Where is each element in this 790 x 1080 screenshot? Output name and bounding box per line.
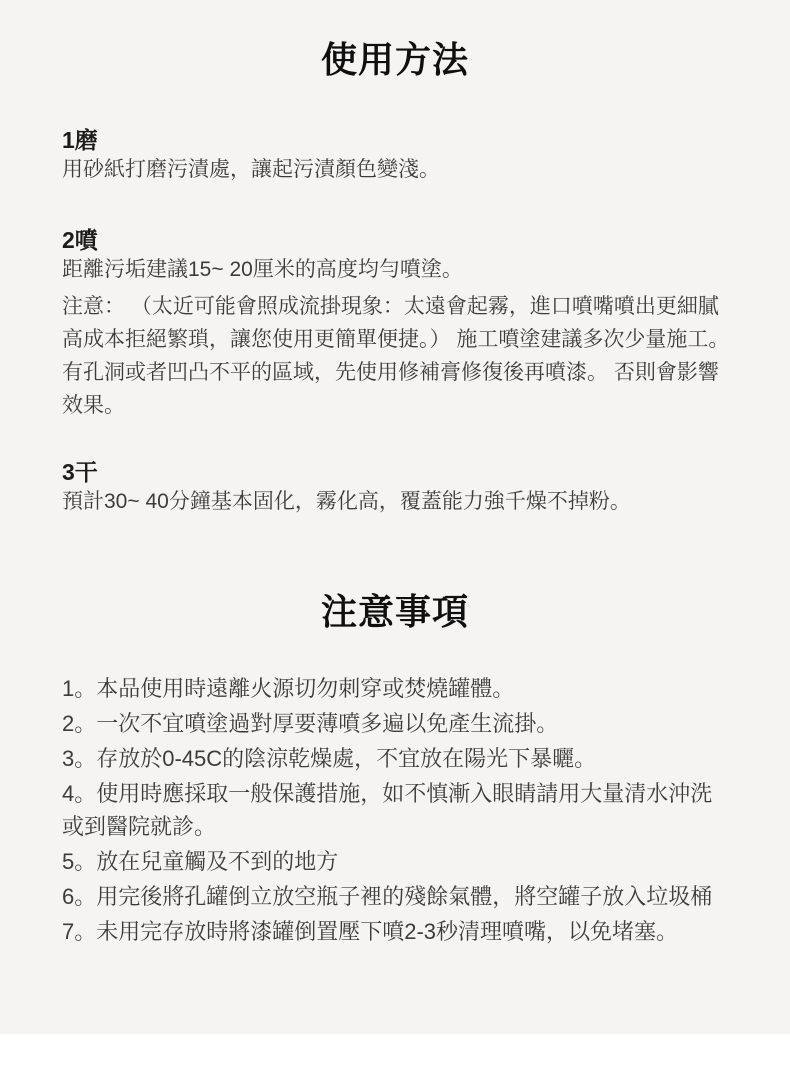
step-grind-section: 1磨 用砂紙打磨污漬處，讓起污漬顏色變淺。 xyxy=(0,126,790,186)
precaution-item-1: 1。本品使用時遠離火源切勿刺穿或焚燒罐體。 xyxy=(62,672,732,705)
step-spray-note: 注意： （太近可能會照成流掛現象：太遠會起霧，進口噴嘴噴出更細膩高成本拒絕繁瑣，… xyxy=(62,290,735,422)
precaution-item-5: 5。放在兒童觸及不到的地方 xyxy=(62,845,732,878)
instruction-page: 使用方法 1磨 用砂紙打磨污漬處，讓起污漬顏色變淺。 2噴 距離污垢建議15~ … xyxy=(0,0,790,1080)
precaution-item-2: 2。一次不宜噴塗過對厚要薄噴多遍以免產生流掛。 xyxy=(62,707,732,740)
bottom-white-strip xyxy=(0,1034,790,1080)
step-spray-section: 2噴 距離污垢建議15~ 20厘米的高度均勻噴塗。 注意： （太近可能會照成流掛… xyxy=(0,226,790,422)
precaution-item-3: 3。存放於0-45C的陰涼乾燥處，不宜放在陽光下暴曬。 xyxy=(62,742,732,775)
step-grind-body: 用砂紙打磨污漬處，讓起污漬顏色變淺。 xyxy=(62,154,735,186)
step-dry-heading: 3干 xyxy=(62,458,735,486)
precaution-item-4: 4。使用時應採取一般保護措施，如不慎漸入眼睛請用大量清水沖洗或到醫院就診。 xyxy=(62,777,732,843)
step-dry-body: 預計30~ 40分鐘基本固化，霧化高，覆蓋能力強千燥不掉粉。 xyxy=(62,486,735,518)
precaution-item-7: 7。未用完存放時將漆罐倒置壓下噴2-3秒清理噴嘴，以免堵塞。 xyxy=(62,915,732,948)
usage-title: 使用方法 xyxy=(0,0,790,82)
step-grind-heading: 1磨 xyxy=(62,126,735,154)
precautions-title: 注意事項 xyxy=(0,518,790,634)
precautions-list: 1。本品使用時遠離火源切勿刺穿或焚燒罐體。 2。一次不宜噴塗過對厚要薄噴多遍以免… xyxy=(0,672,790,948)
step-spray-body: 距離污垢建議15~ 20厘米的高度均勻噴塗。 xyxy=(62,254,735,286)
step-dry-section: 3干 預計30~ 40分鐘基本固化，霧化高，覆蓋能力強千燥不掉粉。 xyxy=(0,458,790,518)
precaution-item-6: 6。用完後將孔罐倒立放空瓶子裡的殘餘氣體，將空罐子放入垃圾桶 xyxy=(62,880,732,913)
step-spray-heading: 2噴 xyxy=(62,226,735,254)
